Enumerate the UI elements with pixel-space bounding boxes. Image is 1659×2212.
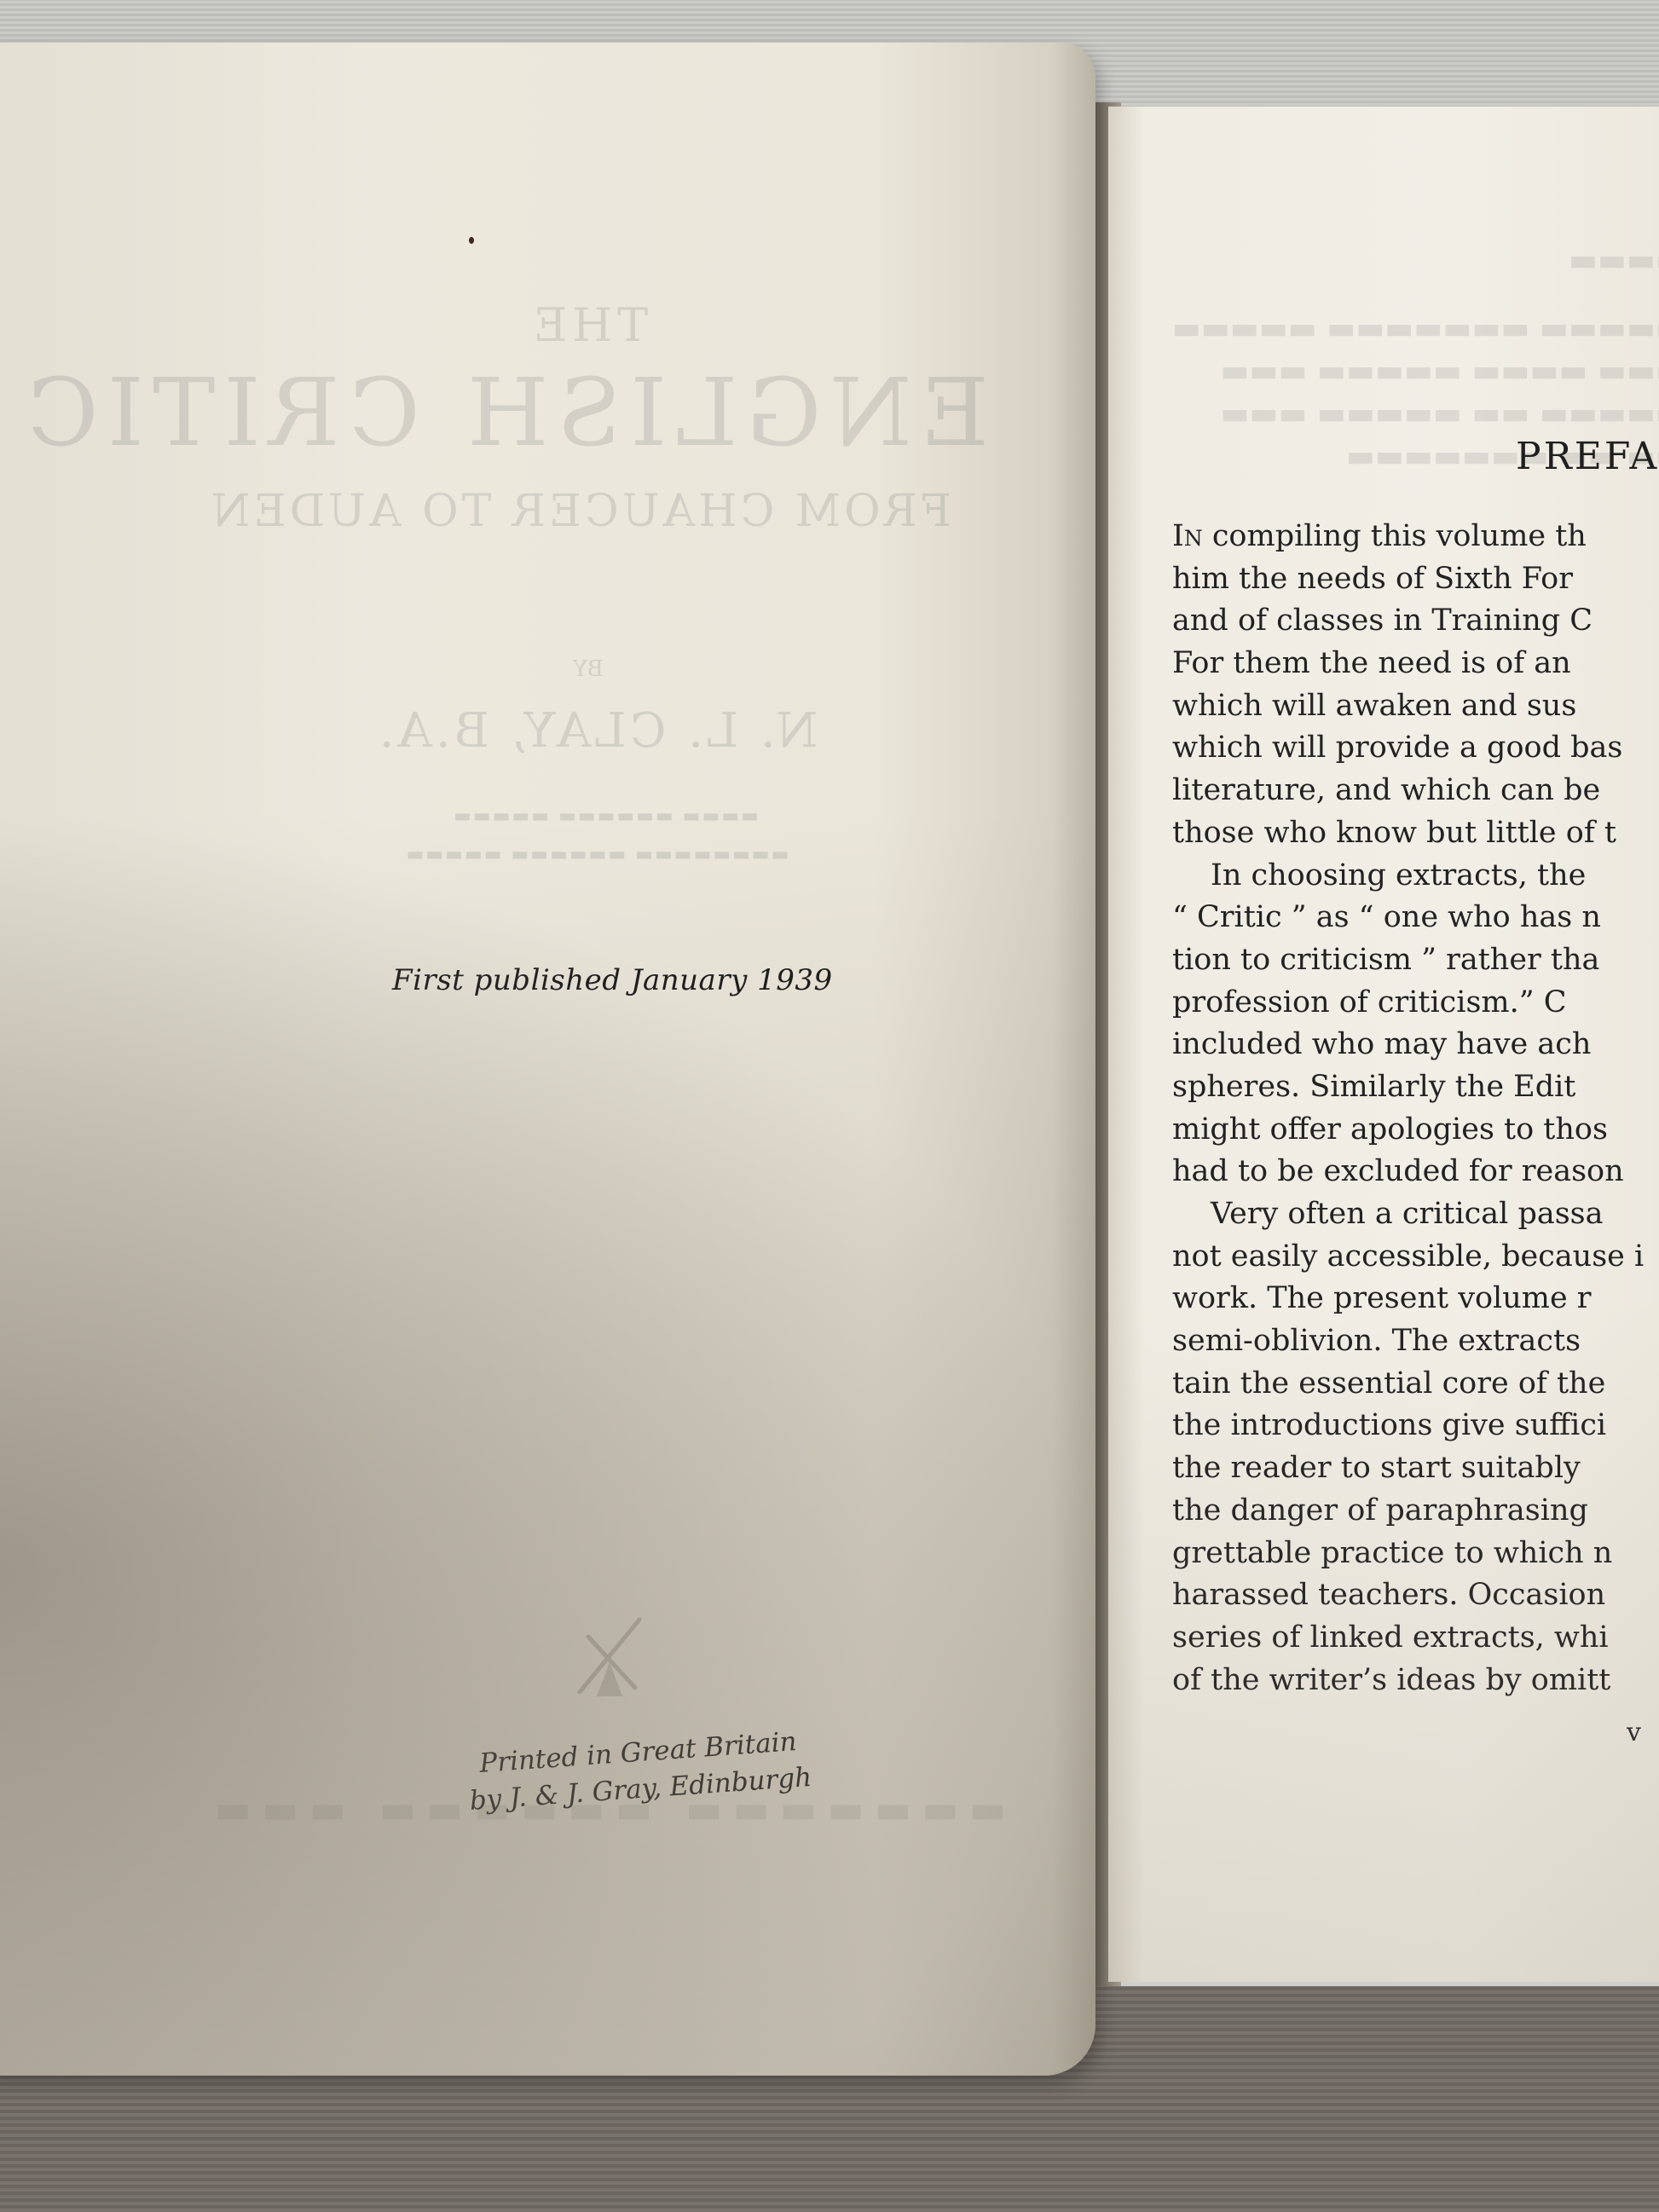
text-line: which will provide a good bas bbox=[1172, 727, 1659, 770]
page-shadow bbox=[0, 810, 1095, 2076]
text-line: tion to criticism ” rather tha bbox=[1172, 939, 1659, 982]
text-line: Very often a critical passa bbox=[1172, 1193, 1659, 1236]
show-through-line: ▬▬▬▬▬▬ ▬▬ ▬▬▬▬▬ ▬▬▬ bbox=[1168, 396, 1659, 431]
paragraph-1: In compiling this volume th him the need… bbox=[1172, 516, 1659, 855]
text-line: those who know but little of t bbox=[1172, 812, 1659, 855]
text-line: had to be excluded for reason bbox=[1172, 1151, 1659, 1193]
show-through-line: ▬▬▬▬ ▬▬▬▬ ▬▬▬▬▬ ▬▬▬ bbox=[1168, 354, 1659, 389]
text-line: In choosing extracts, the bbox=[1172, 855, 1659, 898]
show-through-the: THE bbox=[460, 298, 716, 352]
paper-speck bbox=[469, 237, 474, 244]
show-through-line: ▬▬▬▬▬ bbox=[1168, 243, 1659, 278]
text-line: might offer apologies to thos bbox=[1172, 1109, 1659, 1152]
page-shadow bbox=[1108, 1300, 1659, 1982]
page-title: PREFA bbox=[1516, 435, 1659, 478]
right-page: ▬▬▬▬▬ ▬▬▬▬▬▬ ▬▬▬▬▬▬▬ ▬▬▬▬▬ ▬▬▬▬ ▬▬▬▬ ▬▬▬… bbox=[1108, 107, 1659, 1982]
text-line: him the needs of Sixth For bbox=[1172, 558, 1659, 601]
text-line: spheres. Similarly the Edit bbox=[1172, 1066, 1659, 1109]
left-page: THE ENGLISH CRITIC FROM CHAUCER TO AUDEN… bbox=[0, 43, 1095, 2076]
text-line: literature, and which can be bbox=[1172, 770, 1659, 812]
show-through-subtitle: FROM CHAUCER TO AUDEN bbox=[205, 486, 955, 537]
text-line: and of classes in Training C bbox=[1172, 600, 1659, 643]
text-line: For them the need is of an bbox=[1172, 643, 1659, 685]
show-through-by: BY bbox=[537, 656, 639, 682]
text-line: not easily accessible, because i bbox=[1172, 1236, 1659, 1279]
text-line: “ Critic ” as “ one who has n bbox=[1172, 897, 1659, 939]
text-line: profession of criticism.” C bbox=[1172, 982, 1659, 1025]
show-through-title: ENGLISH CRITIC bbox=[136, 358, 989, 467]
paragraph-2: In choosing extracts, the “ Critic ” as … bbox=[1172, 855, 1659, 1194]
text-line: In compiling this volume th bbox=[1172, 516, 1659, 558]
text-line: which will awaken and sus bbox=[1172, 685, 1659, 728]
show-through-line: ▬▬▬▬▬▬ ▬▬▬▬▬▬▬ ▬▬▬▬▬ bbox=[1168, 311, 1659, 346]
show-through-author: N. L. CLAY, B.A. bbox=[341, 703, 853, 759]
text-line: included who may have ach bbox=[1172, 1024, 1659, 1066]
